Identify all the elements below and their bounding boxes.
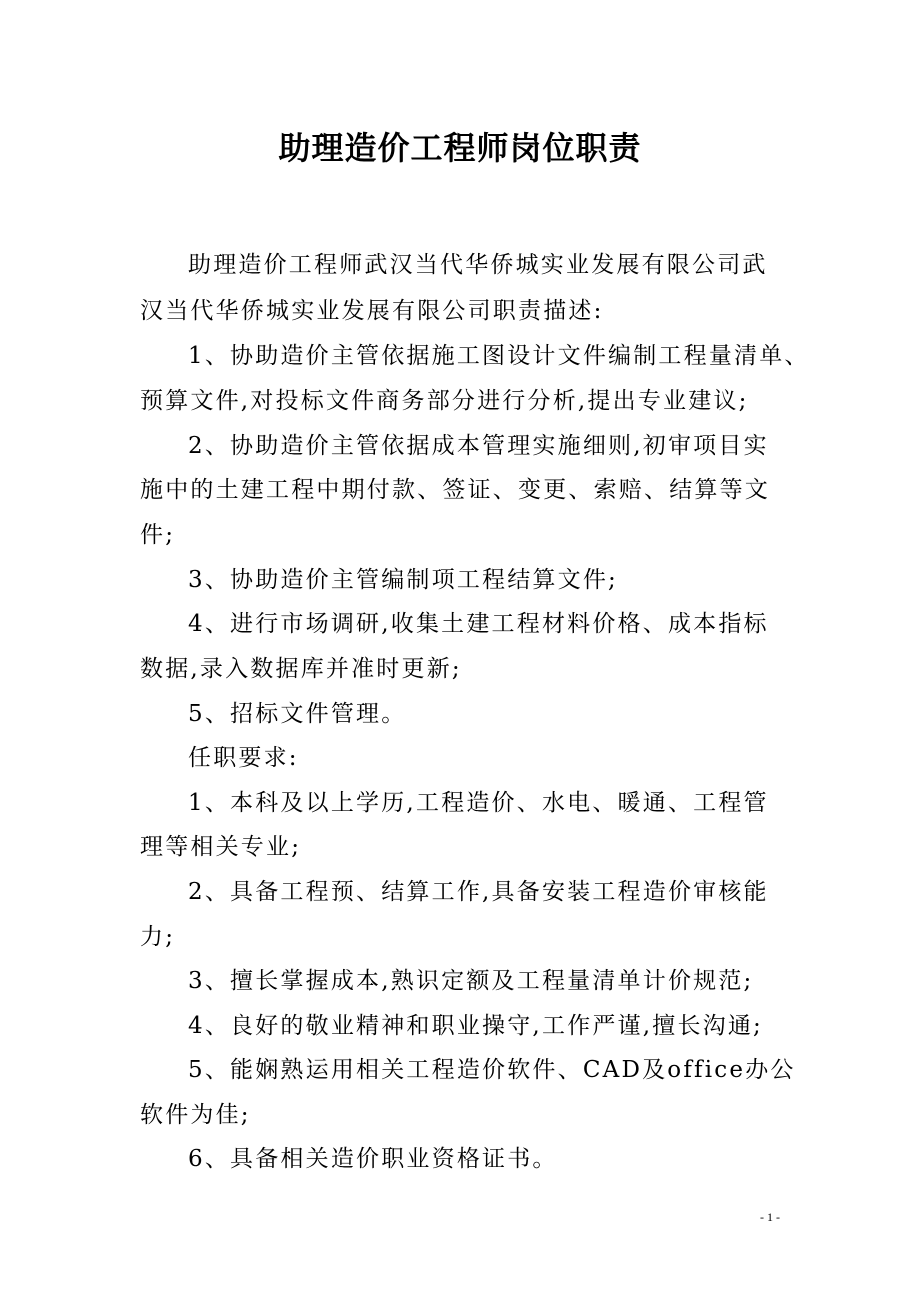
paragraph-line: 软件为佳;	[140, 1100, 251, 1130]
paragraph-line: 4、进行市场调研,收集土建工程材料价格、成本指标	[188, 609, 769, 639]
paragraph-line: 2、协助造价主管依据成本管理实施细则,初审项目实	[188, 431, 769, 461]
paragraph-line: 汉当代华侨城实业发展有限公司职责描述:	[140, 296, 604, 326]
paragraph-line: 1、协助造价主管依据施工图设计文件编制工程量清单、	[188, 341, 810, 371]
section-heading: 任职要求:	[188, 743, 299, 773]
paragraph-line: 2、具备工程预、结算工作,具备安装工程造价审核能	[188, 877, 769, 907]
paragraph-line: 5、招标文件管理。	[188, 699, 406, 729]
paragraph-line: 助理造价工程师武汉当代华侨城实业发展有限公司武	[188, 250, 768, 280]
paragraph-line: 理等相关专业;	[140, 832, 301, 862]
page-number: - 1 -	[760, 1210, 780, 1225]
paragraph-line: 5、能娴熟运用相关工程造价软件、CAD及office办公	[188, 1055, 796, 1085]
paragraph-line: 力;	[140, 922, 175, 952]
paragraph-line: 1、本科及以上学历,工程造价、水电、暖通、工程管	[188, 788, 769, 818]
paragraph-line: 件;	[140, 520, 175, 550]
paragraph-line: 数据,录入数据库并准时更新;	[140, 654, 462, 684]
paragraph-line: 6、具备相关造价职业资格证书。	[188, 1144, 558, 1174]
document-title: 助理造价工程师岗位职责	[0, 126, 920, 170]
paragraph-line: 施中的土建工程中期付款、签证、变更、索赔、结算等文	[140, 475, 770, 505]
paragraph-line: 3、协助造价主管编制项工程结算文件;	[188, 565, 618, 595]
paragraph-line: 预算文件,对投标文件商务部分进行分析,提出专业建议;	[140, 386, 749, 416]
paragraph-line: 4、良好的敬业精神和职业操守,工作严谨,擅长沟通;	[188, 1011, 763, 1041]
document-page: 助理造价工程师岗位职责 助理造价工程师武汉当代华侨城实业发展有限公司武 汉当代华…	[0, 0, 920, 1302]
paragraph-line: 3、擅长掌握成本,熟识定额及工程量清单计价规范;	[188, 966, 754, 996]
